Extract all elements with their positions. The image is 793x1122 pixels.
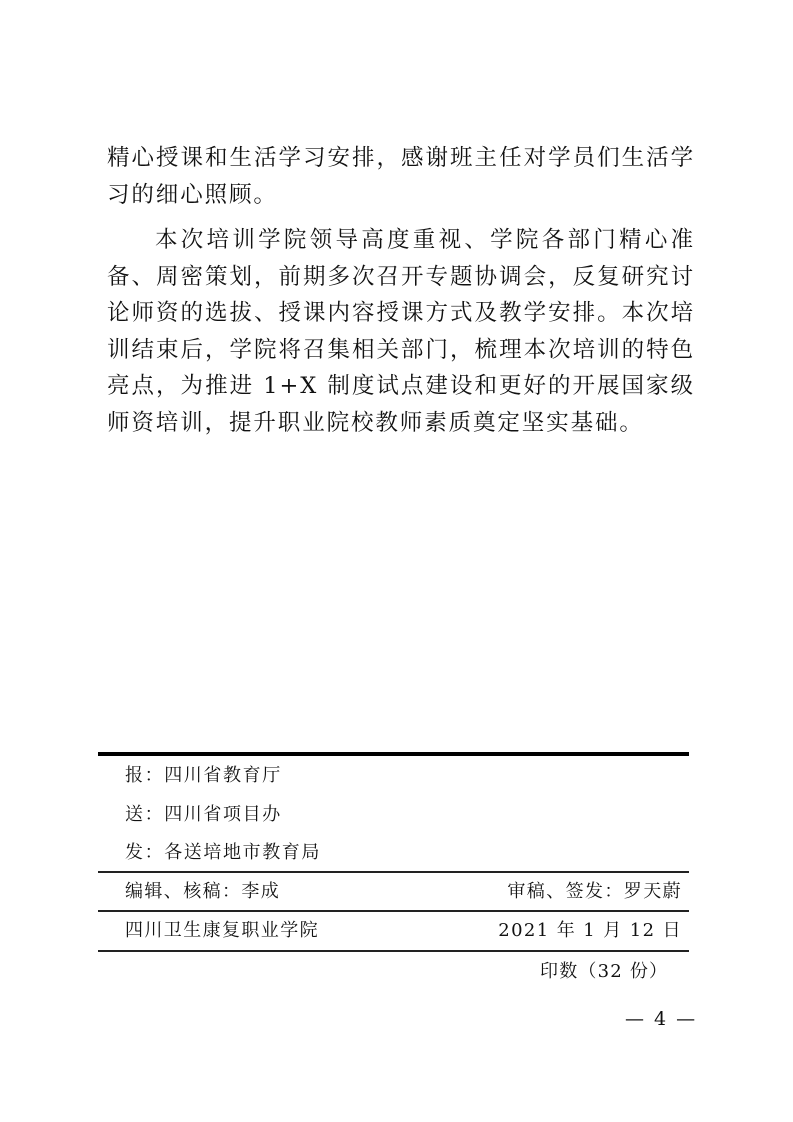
footer-divider-2 [98,910,689,912]
distribute-to-line: 发：各送培地市教育局 [125,842,321,864]
document-page: 精心授课和生活学习安排，感谢班主任对学员们生活学习的细心照顾。 本次培训学院领导… [0,0,793,1122]
print-count: 印数（32 份） [540,961,668,983]
approver-text: 审稿、签发：罗天蔚 [507,881,682,903]
paragraph-continuation: 精心授课和生活学习安排，感谢班主任对学员们生活学习的细心照顾。 [107,140,695,213]
send-to-line: 送：四川省项目办 [125,804,282,826]
page-number: — 4 — [625,1007,697,1031]
footer-divider-3 [98,950,689,952]
report-to-line: 报：四川省教育厅 [125,765,282,787]
body-text: 精心授课和生活学习安排，感谢班主任对学员们生活学习的细心照顾。 本次培训学院领导… [107,140,695,441]
footer-top-rule [98,752,689,756]
footer-divider-1 [98,871,689,873]
issuer-date-row: 四川卫生康复职业学院 2021 年 1 月 12 日 [125,920,682,942]
issuer-text: 四川卫生康复职业学院 [125,920,319,942]
editor-text: 编辑、核稿：李成 [125,881,280,903]
paragraph-summary: 本次培训学院领导高度重视、学院各部门精心准备、周密策划，前期多次召开专题协调会，… [107,222,695,441]
date-text: 2021 年 1 月 12 日 [498,920,682,942]
editor-approver-row: 编辑、核稿：李成 审稿、签发：罗天蔚 [125,881,682,903]
